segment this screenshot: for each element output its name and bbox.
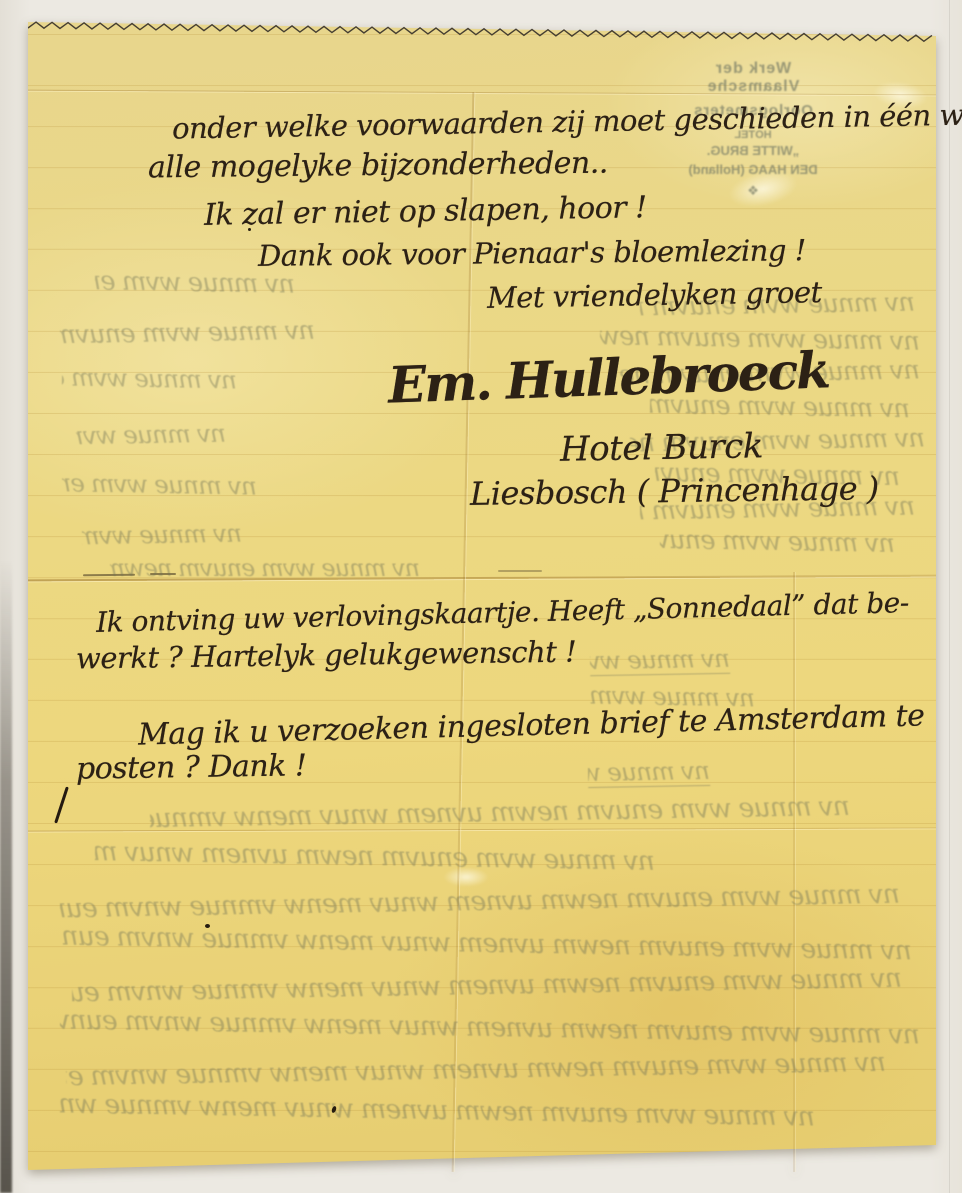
bleedthrough-handwriting-line: nv mnue wvm enuvm newm uvnem wnuv menw v…	[110, 554, 420, 582]
crease-ink-dash	[498, 570, 542, 572]
book-gutter-shadow	[0, 560, 12, 1193]
bleedthrough-letterhead-line: Werk der Vlaamsche	[668, 60, 838, 96]
address-line: Hotel Burck	[560, 426, 764, 470]
bleedthrough-handwriting-line: nv mnue wvm enuvm newm uvnem wnuv menw v…	[590, 644, 731, 676]
closing-line: Met vriendelyken groet	[487, 275, 822, 315]
address-line: Liesbosch ( Princenhage )	[470, 469, 879, 513]
postscript-line: posten ? Dank !	[76, 748, 307, 786]
bleedthrough-handwriting-line: nv mnue wvm enuvm newm uvnem wnuv menw v…	[588, 756, 711, 788]
scan-edge-line	[949, 0, 950, 1193]
fold-crease-vertical	[793, 572, 795, 1172]
postscript-line: werkt ? Hartelyk gelukgewenscht !	[76, 635, 577, 676]
bleedthrough-handwriting-line: nv mnue wvm enuvm newm uvnem wnuv menw v…	[62, 468, 257, 500]
bleedthrough-ornament: ❖	[668, 183, 838, 199]
bleedthrough-handwriting-line: nv mnue wvm enuvm newm uvnem wnuv menw v…	[76, 419, 226, 451]
handwriting-line: Dank ook voor Pienaar's bloemlezing !	[258, 233, 806, 273]
scanner-background: Werk der Vlaamsche Oorlogsmeters HOTEL „…	[0, 0, 962, 1193]
bleedthrough-letterhead-line: „WITTE BRUG.	[668, 143, 838, 158]
handwriting-line: alle mogelyke bijzonderheden..	[148, 146, 608, 186]
bleedthrough-handwriting-line: nv mnue wvm enuvm newm uvnem wnuv menw v…	[60, 316, 315, 350]
ink-speck	[205, 924, 210, 928]
bleedthrough-handwriting-line: nv mnue wvm enuvm newm uvnem wnuv menw v…	[660, 525, 895, 559]
bleedthrough-handwriting-line: nv mnue wvm enuvm newm uvnem wnuv menw v…	[82, 519, 242, 551]
bleedthrough-handwriting-line: nv mnue wvm enuvm newm uvnem wnuv menw v…	[62, 362, 237, 394]
bleedthrough-letterhead-line: DEN HAAG (Holland)	[668, 162, 838, 177]
